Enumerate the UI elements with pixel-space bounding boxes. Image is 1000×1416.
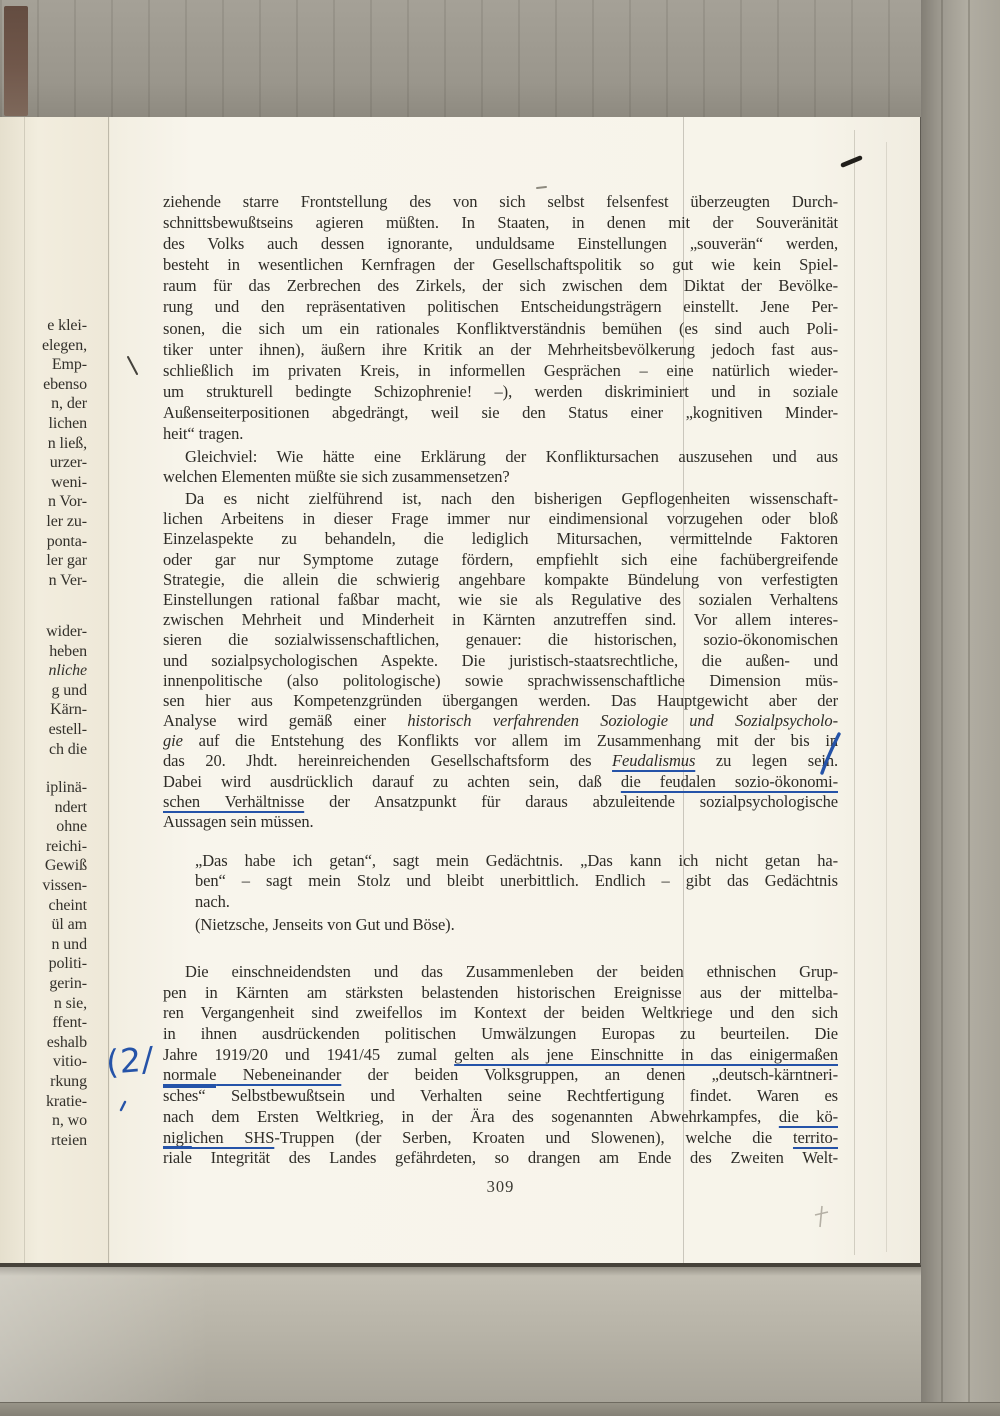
text-line: Emp- bbox=[0, 355, 87, 375]
text-segment: ül am bbox=[52, 916, 88, 933]
text-segment: n sie, bbox=[54, 995, 87, 1012]
text-line: ebenso bbox=[0, 375, 87, 395]
text-segment: und sozialpsychologischen Aspekte. Die j… bbox=[163, 651, 838, 670]
text-line: ler zu- bbox=[0, 512, 87, 532]
page-bottom-edge-line bbox=[0, 1263, 921, 1267]
book-gutter-crease bbox=[108, 117, 109, 1263]
text-segment: elegen, bbox=[42, 337, 87, 354]
text-segment: heit“ tragen. bbox=[163, 424, 243, 443]
text-line: Einzelaspekte zu behandeln, die lediglic… bbox=[163, 529, 838, 549]
text-segment: ebenso bbox=[43, 376, 87, 393]
text-line: n, wo bbox=[0, 1111, 87, 1131]
text-segment: lichen Arbeitens in dieser Frage immer n… bbox=[163, 509, 838, 528]
text-segment: Dabei wird ausdrücklich darauf zu achten… bbox=[163, 772, 621, 791]
text-segment: heben bbox=[49, 643, 87, 660]
text-line: vissen- bbox=[0, 876, 87, 896]
text-segment: Analyse wird gemäß einer bbox=[163, 711, 407, 730]
text-line: wider- bbox=[0, 622, 87, 642]
text-segment: cheint bbox=[49, 897, 88, 914]
text-segment: n, wo bbox=[52, 1112, 87, 1129]
text-line: Außenseiterpositionen abgedrängt, weil s… bbox=[163, 402, 838, 423]
text-line: raum für das Zerbrechen des Zirkels, der… bbox=[163, 275, 838, 296]
text-line: Dabei wird ausdrücklich darauf zu achten… bbox=[163, 772, 838, 792]
page-number: 309 bbox=[163, 1177, 838, 1197]
text-segment: innenpolitische (also politologische) so… bbox=[163, 671, 838, 690]
text-segment: kratie- bbox=[46, 1093, 87, 1110]
text-segment: ponta- bbox=[47, 533, 87, 550]
text-line: tiker unter ihnen), äußern ihre Kritik a… bbox=[163, 339, 838, 360]
text-segment: weni- bbox=[51, 474, 87, 491]
handwritten-margin-note: (2/ bbox=[106, 1037, 176, 1082]
pen-underlined-text: gelten als jene Einschnitte in das einig… bbox=[454, 1045, 838, 1064]
text-line: n Vor- bbox=[0, 492, 87, 512]
text-line: ponta- bbox=[0, 532, 87, 552]
text-segment: auf die Entstehung des Konflikts vor all… bbox=[183, 731, 838, 750]
text-line: ül am bbox=[0, 915, 87, 935]
text-line: iplinä- bbox=[0, 778, 87, 798]
text-line: Aussagen sein müssen. bbox=[163, 812, 838, 832]
text-line: rteien bbox=[0, 1131, 87, 1151]
text-line: Jahre 1919/20 und 1941/45 zumal gelten a… bbox=[163, 1045, 838, 1066]
text-segment: besteht in wesentlichen Kernfragen der G… bbox=[163, 255, 838, 274]
text-line: „Das habe ich getan“, sagt mein Gedächtn… bbox=[195, 851, 838, 871]
text-segment: wider- bbox=[46, 623, 87, 640]
text-segment: pen in Kärnten am stärksten belastenden … bbox=[163, 983, 838, 1002]
text-segment: rkung bbox=[50, 1073, 87, 1090]
text-segment: vitio- bbox=[53, 1053, 87, 1070]
text-line: normale Nebeneinander der beiden Volksgr… bbox=[163, 1065, 838, 1086]
scan-streaks bbox=[0, 0, 1000, 117]
pen-underlined-text: Feudalismus bbox=[612, 751, 695, 770]
text-line: schnittsbewußtseins agieren müßten. In S… bbox=[163, 212, 838, 233]
text-segment: welchen Elementen müßte sie sich zusamme… bbox=[163, 467, 510, 486]
text-line: gie auf die Entstehung des Konflikts vor… bbox=[163, 731, 838, 751]
scanner-background-right bbox=[921, 0, 1000, 1416]
dark-corner-strip bbox=[4, 6, 28, 116]
text-segment: der Ansatzpunkt für daraus abzuleitende … bbox=[304, 792, 838, 811]
text-segment: ndert bbox=[55, 799, 87, 816]
text-segment: reichi- bbox=[46, 838, 87, 855]
text-segment: der beiden Volksgruppen, an denen „deuts… bbox=[341, 1065, 838, 1084]
text-segment: ffent- bbox=[52, 1014, 87, 1031]
text-segment: urzer- bbox=[50, 454, 87, 471]
text-segment: schließlich im privaten Kreis, in inform… bbox=[163, 361, 838, 380]
text-line: des Volks auch dessen ignorante, undulds… bbox=[163, 233, 838, 254]
scanner-background-top bbox=[0, 0, 1000, 120]
text-line: urzer- bbox=[0, 453, 87, 473]
text-segment: schnittsbewußtseins agieren müßten. In S… bbox=[163, 213, 838, 232]
page-edge-streak bbox=[941, 0, 943, 1416]
text-line: ren Vergangenheit sind zweifellos im Kon… bbox=[163, 1003, 838, 1024]
text-segment: n ließ, bbox=[48, 435, 87, 452]
text-segment: nliche bbox=[49, 662, 88, 679]
text-segment: in ihnen ausdrückenden politischen Umwäl… bbox=[163, 1024, 838, 1043]
text-line: cheint bbox=[0, 896, 87, 916]
text-line: n sie, bbox=[0, 994, 87, 1014]
page-crease-line bbox=[886, 142, 887, 1252]
text-line: estell- bbox=[0, 720, 87, 740]
pen-underlined-text: territo- bbox=[793, 1128, 838, 1147]
text-segment: ben“ – sagt mein Stolz und bleibt unerbi… bbox=[195, 871, 838, 890]
text-line: nach. bbox=[195, 892, 838, 912]
text-line: heit“ tragen. bbox=[163, 423, 838, 444]
text-line: ffent- bbox=[0, 1013, 87, 1033]
text-segment: g und bbox=[51, 682, 87, 699]
text-segment: rung und den repräsentativen politischen… bbox=[163, 297, 838, 316]
paragraph: ziehende starre Frontstellung des von si… bbox=[163, 191, 838, 444]
text-segment: Gleichviel: Wie hätte eine Erklärung der… bbox=[185, 447, 838, 466]
text-line: schen Verhältnisse der Ansatzpunkt für d… bbox=[163, 792, 838, 812]
text-line: Einstellungen rational faßbar macht, wie… bbox=[163, 590, 838, 610]
text-line: g und bbox=[0, 681, 87, 701]
text-segment: lichen bbox=[49, 415, 88, 432]
text-segment: „Das habe ich getan“, sagt mein Gedächtn… bbox=[195, 851, 838, 870]
paragraph: Die einschneidendsten und das Zusammenle… bbox=[163, 962, 838, 1169]
text-line: riale Integrität des Landes gefährdeten,… bbox=[163, 1148, 838, 1169]
text-line: Analyse wird gemäß einer historisch verf… bbox=[163, 711, 838, 731]
text-segment: n und bbox=[51, 936, 87, 953]
text-segment: ziehende starre Frontstellung des von si… bbox=[163, 192, 838, 211]
text-segment: riale bbox=[163, 1148, 192, 1167]
text-line: niglichen SHS-Truppen (der Serben, Kroat… bbox=[163, 1128, 838, 1149]
text-segment: zwischen Mehrheit und Minderheit in Kärn… bbox=[163, 610, 838, 629]
text-line: n ließ, bbox=[0, 434, 87, 454]
text-segment: Gewiß bbox=[45, 857, 87, 874]
text-line: nach dem Ersten Weltkrieg, in der Ära de… bbox=[163, 1107, 838, 1128]
text-segment: Außenseiterpositionen abgedrängt, weil s… bbox=[163, 403, 838, 422]
text-segment: sieren die sozialwissenschaftlichen, gen… bbox=[163, 630, 838, 649]
text-line: rkung bbox=[0, 1072, 87, 1092]
text-segment: Aussagen sein müssen. bbox=[163, 812, 314, 831]
text-segment: politi- bbox=[49, 955, 87, 972]
text-segment: ler gar bbox=[46, 552, 87, 569]
facing-page-text-fragments: wider-hebennlicheg undKärn-estell-ch die bbox=[0, 622, 87, 759]
text-line: um strukturell bedingte Schizophrenie! –… bbox=[163, 381, 838, 402]
block-quote: „Das habe ich getan“, sagt mein Gedächtn… bbox=[195, 851, 838, 912]
text-line: lichen bbox=[0, 414, 87, 434]
text-segment: -Truppen (der Serben, Kroaten und Slowen… bbox=[274, 1128, 793, 1147]
text-line: sches“ Selbstbewußtsein und Verhalten se… bbox=[163, 1086, 838, 1107]
text-line: nliche bbox=[0, 661, 87, 681]
text-segment: ch die bbox=[49, 741, 87, 758]
text-line: kratie- bbox=[0, 1092, 87, 1112]
text-line: n, der bbox=[0, 394, 87, 414]
text-segment: um strukturell bedingte Schizophrenie! –… bbox=[163, 382, 838, 401]
text-line: oder gar nur Symptome zutage fördern, em… bbox=[163, 550, 838, 570]
text-line: eshalb bbox=[0, 1033, 87, 1053]
paragraph: Da es nicht zielführend ist, nach den bi… bbox=[163, 489, 838, 832]
text-segment: Einzelaspekte zu behandeln, die lediglic… bbox=[163, 529, 838, 548]
pen-underlined-text: niglichen SHS bbox=[163, 1128, 274, 1147]
text-line: rung und den repräsentativen politischen… bbox=[163, 296, 838, 317]
text-line: ziehende starre Frontstellung des von si… bbox=[163, 191, 838, 212]
text-line: elegen, bbox=[0, 336, 87, 356]
text-line: pen in Kärnten am stärksten belastenden … bbox=[163, 983, 838, 1004]
text-segment: Kärn- bbox=[50, 701, 87, 718]
text-segment: tiker unter ihnen), äußern ihre Kritik a… bbox=[163, 340, 838, 359]
text-segment: Die einschneidendsten und das Zusammenle… bbox=[185, 962, 838, 981]
text-line: Kärn- bbox=[0, 700, 87, 720]
text-segment: Einstellungen rational faßbar macht, wie… bbox=[163, 590, 838, 609]
background-highlight bbox=[0, 1267, 210, 1416]
text-line: ohne bbox=[0, 817, 87, 837]
text-line: und sozialpsychologischen Aspekte. Die j… bbox=[163, 651, 838, 671]
page-right-edge-line bbox=[920, 117, 921, 1265]
text-segment: historisch verfahrenden Soziologie und S… bbox=[407, 711, 838, 730]
text-line: Gleichviel: Wie hätte eine Erklärung der… bbox=[163, 447, 838, 467]
text-segment: Jahre 1919/20 und 1941/45 zumal bbox=[163, 1045, 454, 1064]
text-segment: sonen, die sich um ein rationales Konfli… bbox=[163, 319, 838, 338]
text-line: sieren die sozialwissenschaftlichen, gen… bbox=[163, 630, 838, 650]
text-line: (Nietzsche, Jenseits von Gut und Böse). bbox=[195, 915, 838, 935]
text-segment: zu legen sein. bbox=[695, 751, 838, 770]
text-line: welchen Elementen müßte sie sich zusamme… bbox=[163, 467, 838, 487]
text-line: Da es nicht zielführend ist, nach den bi… bbox=[163, 489, 838, 509]
text-segment: iplinä- bbox=[46, 779, 87, 796]
text-line: ndert bbox=[0, 798, 87, 818]
text-line: vitio- bbox=[0, 1052, 87, 1072]
text-segment: estell- bbox=[49, 721, 87, 738]
page-crease-line bbox=[854, 130, 855, 1255]
text-line: Die einschneidendsten und das Zusammenle… bbox=[163, 962, 838, 983]
facing-page-text-fragments: iplinä-ndertohnereichi-Gewißvissen-chein… bbox=[0, 778, 87, 1150]
text-segment: Emp- bbox=[52, 356, 87, 373]
text-line: gerin- bbox=[0, 974, 87, 994]
pen-underlined-text: die feudalen sozio-ökonomi- bbox=[621, 772, 838, 791]
text-line: e klei- bbox=[0, 316, 87, 336]
text-segment: gerin- bbox=[49, 975, 87, 992]
text-line: reichi- bbox=[0, 837, 87, 857]
text-line: n Ver- bbox=[0, 571, 87, 591]
text-segment: Strategie, die allein die schwierig ange… bbox=[163, 570, 838, 589]
text-segment: n Vor- bbox=[48, 493, 87, 510]
pen-underlined-text: schen Verhältnisse bbox=[163, 792, 304, 811]
text-line: weni- bbox=[0, 473, 87, 493]
paragraph: Gleichviel: Wie hätte eine Erklärung der… bbox=[163, 447, 838, 488]
text-segment: eshalb bbox=[47, 1034, 87, 1051]
scanned-book-page: e klei-elegen,Emp-ebenson, derlichenn li… bbox=[0, 0, 1000, 1416]
text-segment: nach dem Ersten Weltkrieg, in der Ära de… bbox=[163, 1107, 779, 1126]
text-line: sonen, die sich um ein rationales Konfli… bbox=[163, 318, 838, 339]
text-segment: Da es nicht zielführend ist, nach den bi… bbox=[185, 489, 838, 508]
text-line: sen hier aus Kompetenzgründen übergangen… bbox=[163, 691, 838, 711]
scanner-background-bottom bbox=[0, 1267, 921, 1416]
text-segment: gie bbox=[163, 731, 183, 750]
text-line: ch die bbox=[0, 740, 87, 760]
page-edge-streak bbox=[968, 0, 970, 1416]
text-segment: sches“ Selbstbewußtsein und Verhalten se… bbox=[163, 1086, 838, 1105]
text-segment: vissen- bbox=[42, 877, 87, 894]
text-line: zwischen Mehrheit und Minderheit in Kärn… bbox=[163, 610, 838, 630]
text-segment: raum für das Zerbrechen des Zirkels, der… bbox=[163, 276, 838, 295]
text-line: lichen Arbeitens in dieser Frage immer n… bbox=[163, 509, 838, 529]
text-line: das 20. Jhdt. hereinreichenden Gesellsch… bbox=[163, 751, 838, 771]
pen-underlined-text: Nebeneinander bbox=[216, 1065, 341, 1084]
text-line: schließlich im privaten Kreis, in inform… bbox=[163, 360, 838, 381]
text-segment: das 20. Jhdt. hereinreichenden Gesellsch… bbox=[163, 751, 612, 770]
text-line: in ihnen ausdrückenden politischen Umwäl… bbox=[163, 1024, 838, 1045]
text-line: Strategie, die allein die schwierig ange… bbox=[163, 570, 838, 590]
pen-underlined-text: die kö- bbox=[779, 1107, 838, 1126]
text-segment: Integrität des Landes gefährdeten, so dr… bbox=[192, 1148, 838, 1167]
text-line: heben bbox=[0, 642, 87, 662]
text-segment: sen hier aus Kompetenzgründen übergangen… bbox=[163, 691, 838, 710]
quote-citation: (Nietzsche, Jenseits von Gut und Böse). bbox=[195, 915, 838, 935]
text-segment: ren Vergangenheit sind zweifellos im Kon… bbox=[163, 1003, 838, 1022]
text-segment: ohne bbox=[56, 818, 87, 835]
text-segment: nach. bbox=[195, 892, 230, 911]
text-line: n und bbox=[0, 935, 87, 955]
text-segment: n, der bbox=[51, 395, 87, 412]
facing-page-text-fragments: e klei-elegen,Emp-ebenson, derlichenn li… bbox=[0, 316, 87, 590]
text-segment: oder gar nur Symptome zutage fördern, em… bbox=[163, 550, 838, 569]
text-segment: n Ver- bbox=[49, 572, 87, 589]
text-segment: des Volks auch dessen ignorante, undulds… bbox=[163, 234, 838, 253]
scan-bottom-edge bbox=[0, 1402, 1000, 1416]
text-segment: e klei- bbox=[47, 317, 87, 334]
text-line: besteht in wesentlichen Kernfragen der G… bbox=[163, 254, 838, 275]
text-segment: ler zu- bbox=[46, 513, 87, 530]
text-line: ler gar bbox=[0, 551, 87, 571]
text-line: Gewiß bbox=[0, 856, 87, 876]
text-line: innenpolitische (also politologische) so… bbox=[163, 671, 838, 691]
text-line: politi- bbox=[0, 954, 87, 974]
text-segment: rteien bbox=[51, 1132, 87, 1149]
text-line: ben“ – sagt mein Stolz und bleibt unerbi… bbox=[195, 871, 838, 891]
text-segment: (Nietzsche, Jenseits von Gut und Böse). bbox=[195, 915, 455, 934]
